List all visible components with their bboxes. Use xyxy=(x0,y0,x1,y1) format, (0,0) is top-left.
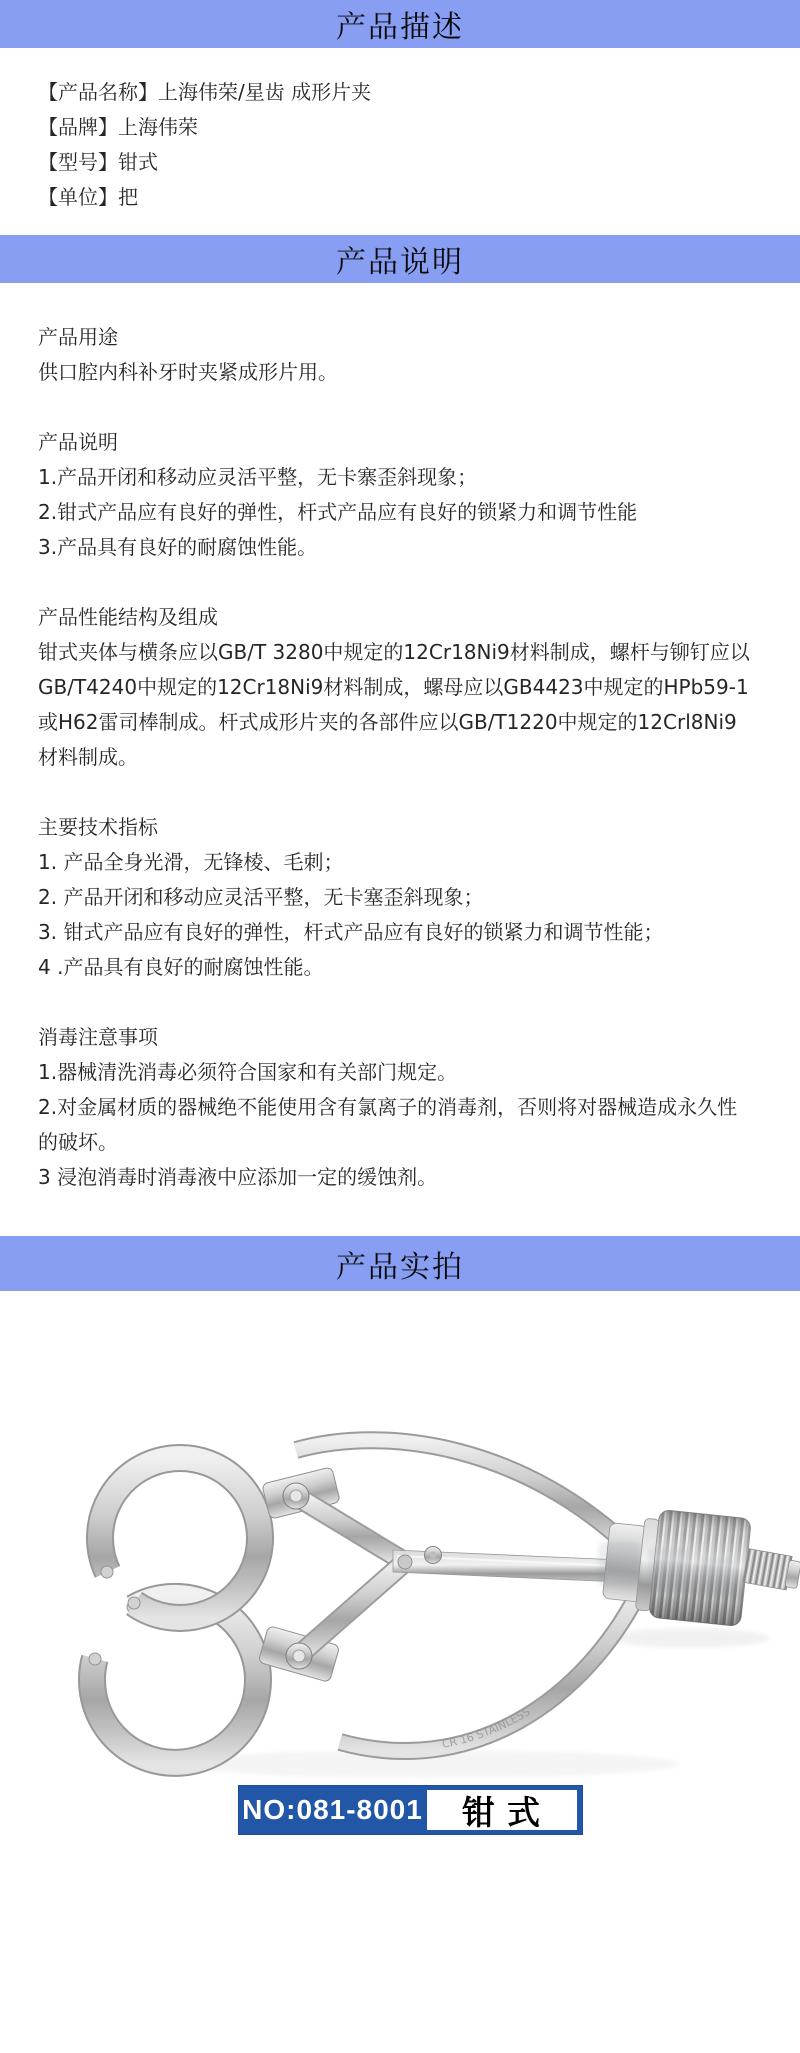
section-line: 1.器械清洗消毒必须符合国家和有关部门规定。 xyxy=(38,1055,750,1090)
label-product-number: NO:081-8001 xyxy=(239,1786,426,1834)
section-line: 1.产品开闭和移动应灵活平整，无卡寨歪斜现象； xyxy=(38,460,750,495)
section-explanation: 产品说明 1.产品开闭和移动应灵活平整，无卡寨歪斜现象； 2.钳式产品应有良好的… xyxy=(38,425,750,565)
pivot-joint xyxy=(398,1555,412,1569)
section-disinfection: 消毒注意事项 1.器械清洗消毒必须符合国家和有关部门规定。 2.对金属材质的器械… xyxy=(38,1020,750,1195)
screw-thread xyxy=(743,1549,800,1592)
section-line: 2.对金属材质的器械绝不能使用含有氯离子的消毒剂，否则将对器械造成永久性 xyxy=(38,1090,750,1125)
section-line: 或H62雷司棒制成。杆式成形片夹的各部件应以GB/T1220中规定的12Crl8… xyxy=(38,705,750,740)
section-line: 3 浸泡消毒时消毒液中应添加一定的缓蚀剂。 xyxy=(38,1160,750,1195)
section-line: 3.产品具有良好的耐腐蚀性能。 xyxy=(38,530,750,565)
section-line: GB/T4240中规定的12Cr18Ni9材料制成，螺母应以GB4423中规定的… xyxy=(38,670,750,705)
section-heading: 消毒注意事项 xyxy=(38,1020,750,1055)
section-line: 1. 产品全身光滑，无锋棱、毛刺； xyxy=(38,845,750,880)
section-title-photos: 产品实拍 xyxy=(336,1242,464,1286)
frame-bands: CR 16 STAINLESS xyxy=(296,1440,642,1751)
product-info-block: 【产品名称】上海伟荣/星齿 成形片夹 【品牌】上海伟荣 【型号】钳式 【单位】把 xyxy=(38,75,371,215)
product-number-label: NO:081-8001 钳式 xyxy=(238,1785,583,1835)
section-line: 2.钳式产品应有良好的弹性，杆式产品应有良好的锁紧力和调节性能 xyxy=(38,495,750,530)
section-structure: 产品性能结构及组成 钳式夹体与横条应以GB/T 3280中规定的12Cr18Ni… xyxy=(38,600,750,775)
section-header-description: 产品描述 xyxy=(0,0,800,48)
section-heading: 主要技术指标 xyxy=(38,810,750,845)
product-info-model: 【型号】钳式 xyxy=(38,145,371,180)
section-line: 的破坏。 xyxy=(38,1125,750,1160)
section-header-explanation: 产品说明 xyxy=(0,235,800,283)
section-line: 4 .产品具有良好的耐腐蚀性能。 xyxy=(38,950,750,985)
section-usage: 产品用途 供口腔内科补牙时夹紧成形片用。 xyxy=(38,320,750,390)
section-line: 钳式夹体与横条应以GB/T 3280中规定的12Cr18Ni9材料制成，螺杆与铆… xyxy=(38,635,750,670)
section-specs: 主要技术指标 1. 产品全身光滑，无锋棱、毛刺； 2. 产品开闭和移动应灵活平整… xyxy=(38,810,750,985)
section-heading: 产品说明 xyxy=(38,425,750,460)
section-heading: 产品用途 xyxy=(38,320,750,355)
product-info-name: 【产品名称】上海伟荣/星齿 成形片夹 xyxy=(38,75,371,110)
product-instructions: 产品用途 供口腔内科补牙时夹紧成形片用。 产品说明 1.产品开闭和移动应灵活平整… xyxy=(38,320,750,1230)
section-line: 材料制成。 xyxy=(38,740,750,775)
product-info-unit: 【单位】把 xyxy=(38,180,371,215)
section-title-description: 产品描述 xyxy=(336,2,464,46)
section-title-explanation: 产品说明 xyxy=(336,237,464,281)
product-info-brand: 【品牌】上海伟荣 xyxy=(38,110,371,145)
linkage-arms xyxy=(296,1496,405,1656)
section-line: 3. 钳式产品应有良好的弹性，杆式产品应有良好的锁紧力和调节性能； xyxy=(38,915,750,950)
section-heading: 产品性能结构及组成 xyxy=(38,600,750,635)
label-product-type: 钳式 xyxy=(426,1789,578,1831)
product-photo: CR 16 STAINLESS xyxy=(0,1290,800,1790)
section-line: 2. 产品开闭和移动应灵活平整，无卡塞歪斜现象； xyxy=(38,880,750,915)
section-line: 供口腔内科补牙时夹紧成形片用。 xyxy=(38,355,750,390)
section-header-photos: 产品实拍 xyxy=(0,1236,800,1291)
product-detail-page: 产品描述 【产品名称】上海伟荣/星齿 成形片夹 【品牌】上海伟荣 【型号】钳式 … xyxy=(0,0,800,2053)
